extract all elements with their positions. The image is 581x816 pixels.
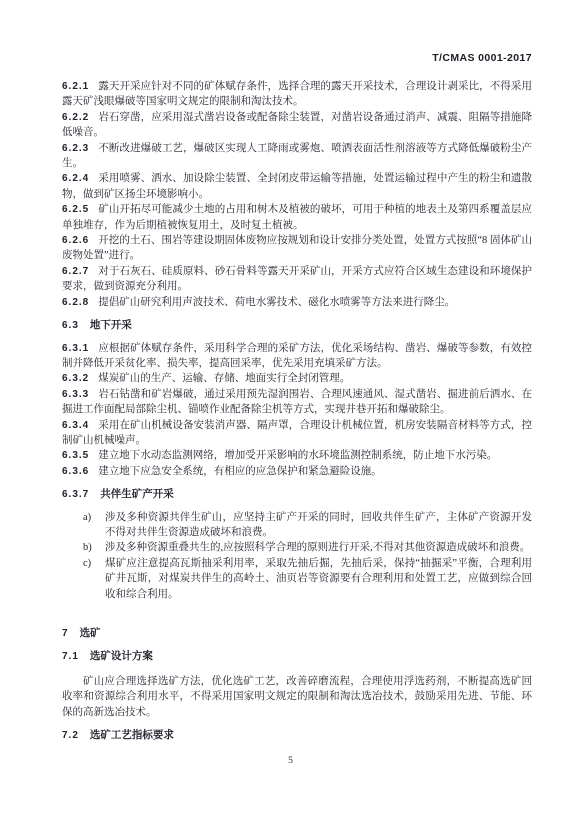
clause-6-2-5: 6.2.5矿山开拓尽可能减少土地的占用和树木及植被的破坏，可用于种植的地表土及第… bbox=[62, 202, 532, 233]
clause-6-2-6: 6.2.6开挖的土石、围岩等建设期固体废物应按规划和设计安排分类处置，处置方式按… bbox=[62, 233, 532, 264]
clause-text: 岩石穿凿，应采用湿式凿岩设备或配备除尘装置，对凿岩设备通过消声、减震、阻隔等措施… bbox=[62, 112, 532, 138]
section-title: 选矿设计方案 bbox=[90, 650, 153, 662]
clause-number: 6.3.4 bbox=[62, 420, 89, 431]
clause-text: 对于石灰石、硅质原料、砂石骨料等露天开采矿山，开采方式应符合区域生态建设和环境保… bbox=[62, 266, 532, 292]
clause-6-2-7: 6.2.7对于石灰石、硅质原料、砂石骨料等露天开采矿山，开采方式应符合区域生态建… bbox=[62, 264, 532, 295]
section-title: 选矿 bbox=[80, 627, 101, 639]
list-item-text: 涉及多种资源共伴生矿山，应坚持主矿产开采的同时，回收共伴生矿产，主体矿产资源开发… bbox=[105, 512, 532, 538]
clause-text: 开挖的土石、围岩等建设期固体废物应按规划和设计安排分类处置，处置方式按照“8 固… bbox=[62, 235, 532, 261]
section-number: 6.3.7 bbox=[62, 489, 89, 500]
section-number: 7.2 bbox=[62, 730, 79, 741]
clause-text: 采用喷雾、洒水、加设除尘装置、全封闭皮带运输等措施，处置运输过程中产生的粉尘和遗… bbox=[62, 173, 532, 199]
clause-6-2-1: 6.2.1露天开采应针对不同的矿体赋存条件，选择合理的露天开采技术，合理设计剥采… bbox=[62, 79, 532, 110]
paragraph-7-1: 矿山应合理选择选矿方法，优化选矿工艺，改善碎磨流程，合理使用浮选药剂，不断提高选… bbox=[62, 674, 532, 720]
clause-number: 6.3.6 bbox=[62, 466, 89, 477]
list-item-text: 煤矿应注意提高瓦斯抽采利用率，采取先抽后掘，先抽后采，保持“抽掘采”平衡，合理利… bbox=[105, 558, 532, 600]
page-body: 6.2.1露天开采应针对不同的矿体赋存条件，选择合理的露天开采技术，合理设计剥采… bbox=[62, 79, 532, 750]
section-title: 选矿工艺指标要求 bbox=[90, 729, 174, 741]
clause-text: 提倡矿山研究利用声波技术、荷电水雾技术、磁化水喷雾等方法来进行降尘。 bbox=[98, 297, 455, 308]
clause-text: 应根据矿体赋存条件，采用科学合理的采矿方法，优化采场结构、凿岩、爆破等参数，有效… bbox=[62, 343, 532, 369]
clause-number: 6.2.6 bbox=[62, 235, 89, 246]
clause-text: 矿山开拓尽可能减少土地的占用和树木及植被的破坏，可用于种植的地表土及第四系覆盖层… bbox=[62, 204, 532, 230]
section-title: 共伴生矿产开采 bbox=[100, 488, 174, 500]
list-item-label: c) bbox=[83, 556, 91, 571]
section-heading-7-1: 7.1选矿设计方案 bbox=[62, 649, 532, 664]
list-item-b: b)涉及多种资源重叠共生的,应按照科学合理的原则进行开采,不得对其他资源造成破坏… bbox=[62, 540, 532, 555]
section-heading-6-3-7: 6.3.7共伴生矿产开采 bbox=[62, 487, 532, 502]
list-item-c: c)煤矿应注意提高瓦斯抽采利用率，采取先抽后掘，先抽后采，保持“抽掘采”平衡，合… bbox=[62, 556, 532, 602]
section-number: 7.1 bbox=[62, 651, 79, 662]
clause-number: 6.2.3 bbox=[62, 143, 89, 154]
clause-number: 6.3.5 bbox=[62, 450, 89, 461]
document-page: T/CMAS 0001-2017 6.2.1露天开采应针对不同的矿体赋存条件，选… bbox=[0, 0, 581, 816]
list-item-a: a)涉及多种资源共伴生矿山，应坚持主矿产开采的同时，回收共伴生矿产，主体矿产资源… bbox=[62, 510, 532, 541]
clause-number: 6.2.1 bbox=[62, 81, 89, 92]
clause-text: 露天开采应针对不同的矿体赋存条件，选择合理的露天开采技术，合理设计剥采比，不得采… bbox=[62, 81, 532, 107]
clause-6-3-4: 6.3.4采用在矿山机械设备安装消声器、隔声罩，合理设计机械位置，机房安装隔音材… bbox=[62, 418, 532, 449]
clause-number: 6.2.2 bbox=[62, 112, 89, 123]
clause-number: 6.2.4 bbox=[62, 173, 89, 184]
clause-number: 6.3.2 bbox=[62, 373, 89, 384]
clause-number: 6.3.1 bbox=[62, 343, 89, 354]
clause-text: 建立地下应急安全系统，有相应的应急保护和紧急避险设施。 bbox=[98, 466, 382, 477]
list-item-label: a) bbox=[83, 510, 91, 525]
standard-number-header: T/CMAS 0001-2017 bbox=[432, 52, 532, 64]
clause-6-3-3: 6.3.3岩石钻凿和矿岩爆破，通过采用预先湿润围岩、合理风速通风、湿式凿岩、掘进… bbox=[62, 387, 532, 418]
clause-6-3-5: 6.3.5建立地下水动态监测网络，增加受开采影响的水环境监测控制系统，防止地下水… bbox=[62, 448, 532, 463]
section-heading-7: 7选矿 bbox=[62, 626, 532, 641]
list-item-text: 涉及多种资源重叠共生的,应按照科学合理的原则进行开采,不得对其他资源造成破坏和浪… bbox=[105, 542, 530, 553]
clause-number: 6.2.7 bbox=[62, 266, 89, 277]
clause-6-2-2: 6.2.2岩石穿凿，应采用湿式凿岩设备或配备除尘装置，对凿岩设备通过消声、减震、… bbox=[62, 110, 532, 141]
section-title: 地下开采 bbox=[90, 319, 132, 331]
clause-6-2-4: 6.2.4采用喷雾、洒水、加设除尘装置、全封闭皮带运输等措施，处置运输过程中产生… bbox=[62, 171, 532, 202]
clause-number: 6.3.3 bbox=[62, 389, 89, 400]
clause-6-2-8: 6.2.8提倡矿山研究利用声波技术、荷电水雾技术、磁化水喷雾等方法来进行降尘。 bbox=[62, 295, 532, 310]
clause-text: 采用在矿山机械设备安装消声器、隔声罩，合理设计机械位置，机房安装隔音材料等方式，… bbox=[62, 420, 532, 446]
list-item-label: b) bbox=[83, 540, 92, 555]
section-number: 7 bbox=[62, 628, 69, 639]
clause-6-3-2: 6.3.2煤炭矿山的生产、运输、存储、地面实行全封闭管理。 bbox=[62, 371, 532, 386]
section-number: 6.3 bbox=[62, 320, 79, 331]
clause-text: 不断改进爆破工艺，爆破区实现人工降雨或雾炮、喷洒表面活性剂溶液等方式降低爆破粉尘… bbox=[62, 143, 532, 169]
clause-text: 煤炭矿山的生产、运输、存储、地面实行全封闭管理。 bbox=[98, 373, 350, 384]
clause-6-3-1: 6.3.1应根据矿体赋存条件，采用科学合理的采矿方法，优化采场结构、凿岩、爆破等… bbox=[62, 341, 532, 372]
clause-6-2-3: 6.2.3不断改进爆破工艺，爆破区实现人工降雨或雾炮、喷洒表面活性剂溶液等方式降… bbox=[62, 141, 532, 172]
clause-number: 6.2.8 bbox=[62, 297, 89, 308]
clause-6-3-6: 6.3.6建立地下应急安全系统，有相应的应急保护和紧急避险设施。 bbox=[62, 464, 532, 479]
section-heading-6-3: 6.3地下开采 bbox=[62, 318, 532, 333]
clause-text: 岩石钻凿和矿岩爆破，通过采用预先湿润围岩、合理风速通风、湿式凿岩、掘进前后洒水、… bbox=[62, 389, 532, 415]
clause-number: 6.2.5 bbox=[62, 204, 89, 215]
page-number: 5 bbox=[0, 756, 581, 766]
clause-text: 建立地下水动态监测网络，增加受开采影响的水环境监测控制系统，防止地下水污染。 bbox=[98, 450, 497, 461]
section-heading-7-2: 7.2选矿工艺指标要求 bbox=[62, 728, 532, 743]
